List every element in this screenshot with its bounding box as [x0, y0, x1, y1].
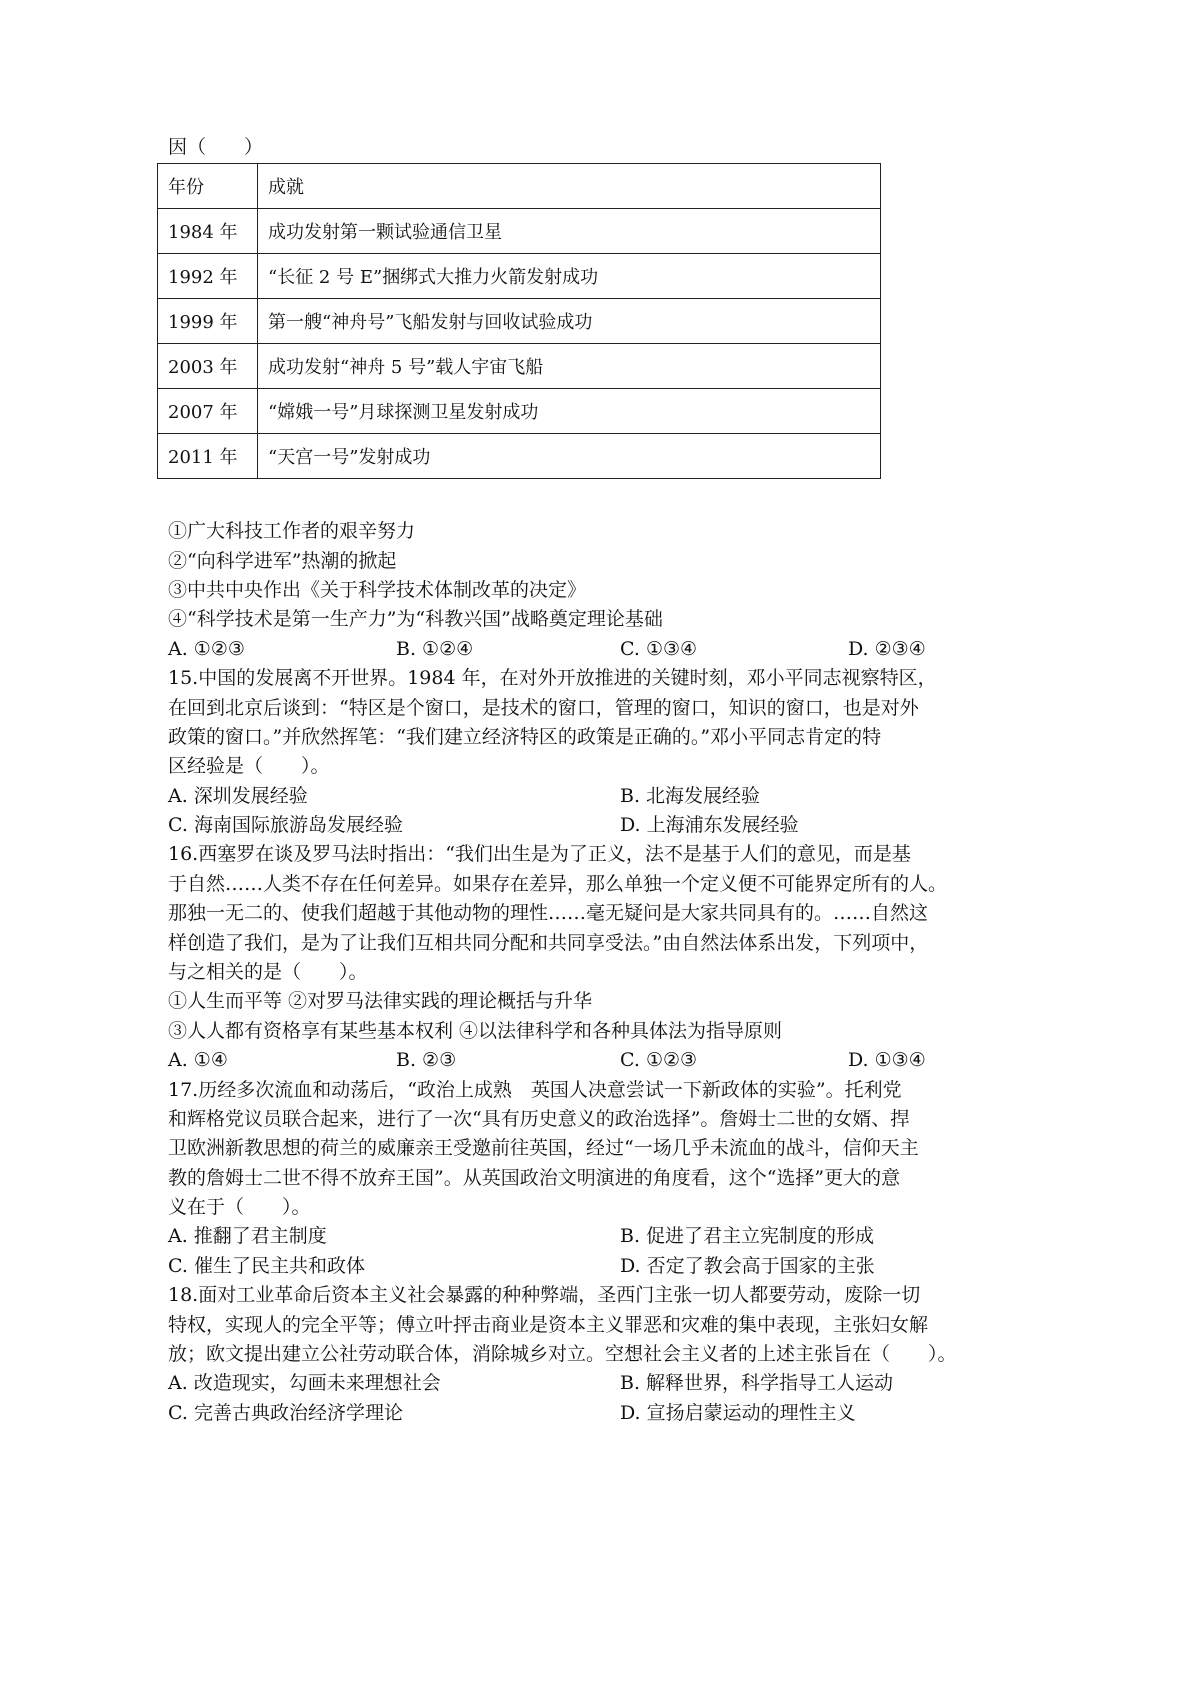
q18-line-2: 特权，实现人的完全平等；傅立叶抨击商业是资本主义罪恶和灾难的集中表现，主张妇女解 [168, 1311, 948, 1340]
q15-line-2: 在回到北京后谈到：“特区是个窗口，是技术的窗口，管理的窗口，知识的窗口，也是对外 [168, 694, 948, 723]
q15-option-d[interactable]: D. 上海浦东发展经验 [620, 811, 799, 840]
year-cell: 2007 年 [158, 389, 258, 434]
achievement-cell: “嫦娥一号”月球探测卫星发射成功 [258, 389, 881, 434]
q18-option-a[interactable]: A. 改造现实，勾画未来理想社会 [168, 1369, 441, 1398]
achievement-cell: “长征 2 号 E”捆绑式大推力火箭发射成功 [258, 254, 881, 299]
header-achievement: 成就 [258, 164, 881, 209]
year-cell: 1992 年 [158, 254, 258, 299]
table-row: 2011 年 “天宫一号”发射成功 [158, 434, 881, 479]
q14-option-c[interactable]: C. ①③④ [620, 635, 697, 664]
header-year: 年份 [158, 164, 258, 209]
q17-option-a[interactable]: A. 推翻了君主制度 [168, 1222, 327, 1251]
q18-line-1: 18.面对工业革命后资本主义社会暴露的种种弊端，圣西门主张一切人都要劳动，废除一… [168, 1281, 948, 1310]
q16-option-b[interactable]: B. ②③ [396, 1046, 456, 1075]
q17-option-c[interactable]: C. 催生了民主共和政体 [168, 1252, 365, 1281]
q15-line-4: 区经验是（ ）。 [168, 752, 948, 781]
q18-option-d[interactable]: D. 宣扬启蒙运动的理性主义 [620, 1399, 856, 1428]
q15-option-a[interactable]: A. 深圳发展经验 [168, 782, 308, 811]
achievement-cell: 成功发射第一颗试验通信卫星 [258, 209, 881, 254]
q15-option-b[interactable]: B. 北海发展经验 [620, 782, 760, 811]
achievement-cell: 第一艘“神舟号”飞船发射与回收试验成功 [258, 299, 881, 344]
q14-option-d[interactable]: D. ②③④ [848, 635, 926, 664]
q16-line-2: 于自然……人类不存在任何差异。如果存在差异，那么单独一个定义便不可能界定所有的人… [168, 870, 948, 899]
table-row: 2003 年 成功发射“神舟 5 号”载人宇宙飞船 [158, 344, 881, 389]
table-row: 2007 年 “嫦娥一号”月球探测卫星发射成功 [158, 389, 881, 434]
q16-line-3: 那独一无二的、使我们超越于其他动物的理性……毫无疑问是大家共同具有的。……自然这 [168, 899, 948, 928]
q15-options-row-2: C. 海南国际旅游岛发展经验 D. 上海浦东发展经验 [168, 811, 948, 840]
year-cell: 1999 年 [158, 299, 258, 344]
q17-options-row-1: A. 推翻了君主制度 B. 促进了君主立宪制度的形成 [168, 1222, 948, 1251]
q14-options: A. ①②③ B. ①②④ C. ①③④ D. ②③④ [168, 635, 948, 664]
q17-line-2: 和辉格党议员联合起来，进行了一次“具有历史意义的政治选择”。詹姆士二世的女婿、捍 [168, 1105, 948, 1134]
q17-options-row-2: C. 催生了民主共和政体 D. 否定了教会高于国家的主张 [168, 1252, 948, 1281]
q16-line-4: 样创造了我们，是为了让我们互相共同分配和共同享受法。”由自然法体系出发，下列项中… [168, 929, 948, 958]
q17-line-4: 教的詹姆士二世不得不放弃王国”。从英国政治文明演进的角度看，这个“选择”更大的意 [168, 1164, 948, 1193]
q15-options-row-1: A. 深圳发展经验 B. 北海发展经验 [168, 782, 948, 811]
q15-option-c[interactable]: C. 海南国际旅游岛发展经验 [168, 811, 403, 840]
q14-statement-3: ③中共中央作出《关于科学技术体制改革的决定》 [168, 576, 948, 605]
table-row: 1992 年 “长征 2 号 E”捆绑式大推力火箭发射成功 [158, 254, 881, 299]
year-cell: 2011 年 [158, 434, 258, 479]
q18-line-3: 放；欧文提出建立公社劳动联合体，消除城乡对立。空想社会主义者的上述主张旨在（ ）… [168, 1340, 948, 1369]
q16-line-5: 与之相关的是（ ）。 [168, 958, 948, 987]
q16-options: A. ①④ B. ②③ C. ①②③ D. ①③④ [168, 1046, 948, 1075]
q17-option-b[interactable]: B. 促进了君主立宪制度的形成 [620, 1222, 874, 1251]
q18-option-c[interactable]: C. 完善古典政治经济学理论 [168, 1399, 403, 1428]
q17-line-3: 卫欧洲新教思想的荷兰的威廉亲王受邀前往英国，经过“一场几乎未流血的战斗，信仰天主 [168, 1134, 948, 1163]
q16-statements-2: ③人人都有资格享有某些基本权利 ④以法律科学和各种具体法为指导原则 [168, 1017, 948, 1046]
q14-statement-2: ②“向科学进军”热潮的掀起 [168, 547, 948, 576]
q15-line-3: 政策的窗口。”并欣然挥笔：“我们建立经济特区的政策是正确的。”邓小平同志肯定的特 [168, 723, 948, 752]
q14-option-a[interactable]: A. ①②③ [168, 635, 245, 664]
q16-option-d[interactable]: D. ①③④ [848, 1046, 926, 1075]
q16-statements-1: ①人生而平等 ②对罗马法律实践的理论概括与升华 [168, 987, 948, 1016]
year-cell: 1984 年 [158, 209, 258, 254]
achievement-cell: “天宫一号”发射成功 [258, 434, 881, 479]
q16-line-1: 16.西塞罗在谈及罗马法时指出：“我们出生是为了正义，法不是基于人们的意见，而是… [168, 840, 948, 869]
q18-options-row-2: C. 完善古典政治经济学理论 D. 宣扬启蒙运动的理性主义 [168, 1399, 948, 1428]
q17-line-5: 义在于（ ）。 [168, 1193, 948, 1222]
q18-option-b[interactable]: B. 解释世界，科学指导工人运动 [620, 1369, 893, 1398]
achievements-table: 年份 成就 1984 年 成功发射第一颗试验通信卫星 1992 年 “长征 2 … [157, 163, 881, 479]
q17-option-d[interactable]: D. 否定了教会高于国家的主张 [620, 1252, 875, 1281]
year-cell: 2003 年 [158, 344, 258, 389]
q15-line-1: 15.中国的发展离不开世界。1984 年，在对外开放推进的关键时刻，邓小平同志视… [168, 664, 948, 693]
q17-line-1: 17.历经多次流血和动荡后，“政治上成熟 英国人决意尝试一下新政体的实验”。托利… [168, 1076, 948, 1105]
q14-statement-1: ①广大科技工作者的艰辛努力 [168, 517, 948, 546]
exam-page: 因（ ） 年份 成就 1984 年 成功发射第一颗试验通信卫星 1992 年 “… [0, 0, 1200, 1698]
table-header-row: 年份 成就 [158, 164, 881, 209]
achievement-cell: 成功发射“神舟 5 号”载人宇宙飞船 [258, 344, 881, 389]
q16-option-c[interactable]: C. ①②③ [620, 1046, 697, 1075]
table-row: 1984 年 成功发射第一颗试验通信卫星 [158, 209, 881, 254]
q16-option-a[interactable]: A. ①④ [168, 1046, 228, 1075]
q18-options-row-1: A. 改造现实，勾画未来理想社会 B. 解释世界，科学指导工人运动 [168, 1369, 948, 1398]
q14-statement-4: ④“科学技术是第一生产力”为“科教兴国”战略奠定理论基础 [168, 605, 948, 634]
table-row: 1999 年 第一艘“神舟号”飞船发射与回收试验成功 [158, 299, 881, 344]
question-14-stem-tail: 因（ ） [168, 133, 948, 162]
q14-option-b[interactable]: B. ①②④ [396, 635, 473, 664]
